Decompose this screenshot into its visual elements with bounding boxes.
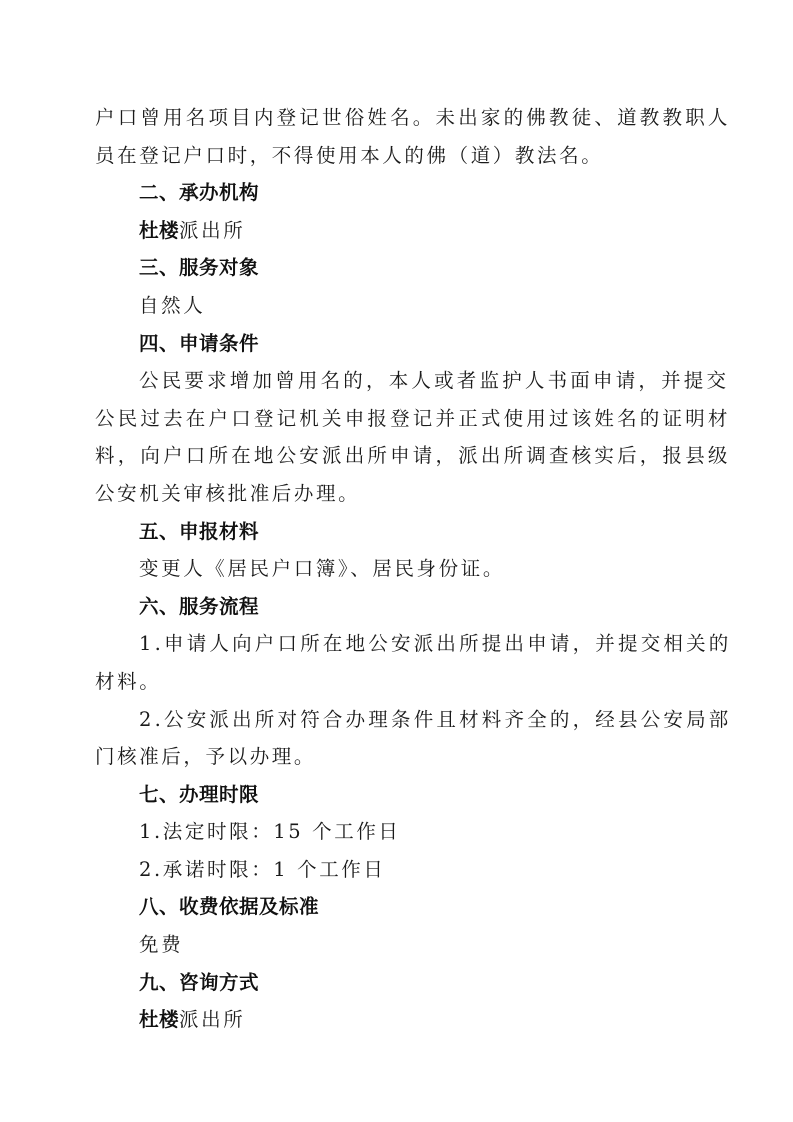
agency-name-suffix: 派出所 — [179, 219, 245, 242]
paragraph-line: 公民过去在户口登记机关申报登记并正式使用过该姓名的证明材 — [95, 400, 698, 438]
contact-name-suffix: 派出所 — [179, 1008, 245, 1031]
section-heading-conditions: 四、申请条件 — [95, 325, 698, 363]
section-heading-process: 六、服务流程 — [95, 588, 698, 626]
section-heading-materials: 五、申报材料 — [95, 513, 698, 551]
paragraph-line: 公民要求增加曾用名的，本人或者监护人书面申请，并提交 — [95, 362, 698, 400]
paragraph-line: 2.承诺时限：1 个工作日 — [95, 851, 698, 889]
paragraph-line: 1.法定时限：15 个工作日 — [95, 813, 698, 851]
paragraph-line: 变更人《居民户口簿》、居民身份证。 — [95, 550, 698, 588]
section-heading-contact: 九、咨询方式 — [95, 964, 698, 1002]
section-heading-agency: 二、承办机构 — [95, 174, 698, 212]
agency-name-bold: 杜楼 — [139, 219, 179, 242]
paragraph-line: 1.申请人向户口所在地公安派出所提出申请，并提交相关的 — [95, 625, 698, 663]
paragraph-line: 门核准后，予以办理。 — [95, 738, 698, 776]
paragraph-line: 员在登记户口时，不得使用本人的佛（道）教法名。 — [95, 137, 698, 175]
paragraph-line: 2.公安派出所对符合办理条件且材料齐全的，经县公安局部 — [95, 701, 698, 739]
paragraph-line: 户口曾用名项目内登记世俗姓名。未出家的佛教徒、道教教职人 — [95, 99, 698, 137]
agency-name: 杜楼派出所 — [95, 212, 698, 250]
paragraph-line: 料，向户口所在地公安派出所申请，派出所调查核实后，报县级 — [95, 437, 698, 475]
section-heading-time-limit: 七、办理时限 — [95, 776, 698, 814]
paragraph-line: 材料。 — [95, 663, 698, 701]
paragraph-line: 自然人 — [95, 287, 698, 325]
paragraph-line: 免费 — [95, 926, 698, 964]
section-heading-fees: 八、收费依据及标准 — [95, 888, 698, 926]
document-page: 户口曾用名项目内登记世俗姓名。未出家的佛教徒、道教教职人 员在登记户口时，不得使… — [95, 99, 698, 1039]
contact-name: 杜楼派出所 — [95, 1001, 698, 1039]
contact-name-bold: 杜楼 — [139, 1008, 179, 1031]
section-heading-service-target: 三、服务对象 — [95, 249, 698, 287]
paragraph-line: 公安机关审核批准后办理。 — [95, 475, 698, 513]
